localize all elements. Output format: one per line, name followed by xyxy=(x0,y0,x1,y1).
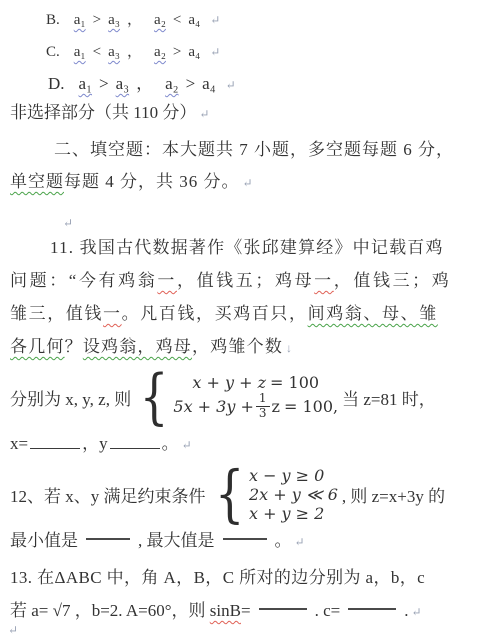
term-a1: a₁ xyxy=(74,12,86,28)
fill-section-title-line1: 二、填空题：本大题共 7 小题，多空题每题 6 分， xyxy=(10,138,490,162)
option-line-b: B.a₁>a₃，a₂<a₄↵ xyxy=(46,10,490,30)
q12-prefix: 12、若 x、y 满足约束条件 xyxy=(10,482,206,507)
question-11-line4: 各几何？设鸡翁，鸡母，鸡雏个数↓ xyxy=(10,335,490,360)
comma: ， xyxy=(127,44,142,60)
left-brace: { xyxy=(214,463,244,525)
question-13-line1: 13. 在ΔABC 中，角 A，B，C 所对的边分别为 a，b，c xyxy=(10,566,490,590)
operator: < xyxy=(173,12,181,28)
fraction-denominator: 3 xyxy=(256,407,270,421)
blank-bar xyxy=(348,608,396,610)
paragraph-mark: ↵ xyxy=(243,176,253,190)
term-a3: a₃ xyxy=(108,12,120,28)
paragraph-mark: ↵ xyxy=(210,45,220,59)
q13-text: 若 a= √7 ，b=2. A=60°，则 xyxy=(10,601,210,620)
q11-text: ？ xyxy=(65,337,83,356)
option-line-d: D.a₁>a₃，a₂>a₄↵ xyxy=(48,74,490,95)
q12-mid-label: , 最大值是 xyxy=(138,531,215,550)
comma: ， xyxy=(136,74,153,93)
q12-constraint-1: x − y ≥ 0 xyxy=(249,466,324,485)
q11-misspelled: 一 xyxy=(103,304,122,323)
paragraph-mark: ↵ xyxy=(210,13,220,27)
q11-eq2-lhs: 5x + 3y + xyxy=(173,397,254,416)
nonchoice-section-title: 非选择部分（共 110 分）↵ xyxy=(10,101,490,126)
q11-grammar-flag: 设鸡翁，鸡母 xyxy=(83,337,192,356)
blank-bar xyxy=(223,538,267,540)
operator: > xyxy=(93,12,101,28)
q12-constraint-2: 2x + y ≪ 6 xyxy=(249,485,338,504)
fraction-numerator: 1 xyxy=(256,392,270,407)
nonchoice-title-text: 非选择部分（共 110 分） xyxy=(10,103,196,122)
q12-min-label: 最小值是 xyxy=(10,531,78,550)
paragraph-mark: ↵ xyxy=(63,216,73,230)
question-11-line1: 11. 我国古代数据著作《张邱建算经》中记载百鸡 xyxy=(10,236,490,260)
paragraph-mark: ↵ xyxy=(182,438,192,452)
line-break-mark: ↓ xyxy=(286,341,292,355)
comma: ， xyxy=(127,12,142,28)
q11-answer-y-label: y xyxy=(99,434,108,453)
term-a3: a₃ xyxy=(108,44,120,60)
q11-grammar-flag: 间鸡翁、母、雏 xyxy=(308,304,438,323)
question-11-answer-line: x=，y。↵ xyxy=(10,432,490,457)
paragraph-mark: ↵ xyxy=(199,107,209,121)
q11-text: ，值钱五；鸡母 xyxy=(177,271,314,290)
q11-answer-period: 。 xyxy=(162,434,179,453)
document-page: B.a₁>a₃，a₂<a₄↵ C.a₁<a₃，a₂>a₄↵ D.a₁>a₃，a₂… xyxy=(0,0,500,634)
q11-eq2-var: z xyxy=(272,397,280,416)
q12-constraint-system: x − y ≥ 0 2x + y ≪ 6 x + y ≥ 2 xyxy=(249,465,338,523)
q11-eq1-rhs: = 100 xyxy=(270,373,319,392)
q13-misspelled-sinb: sinB xyxy=(210,601,241,620)
q13-text: = xyxy=(241,601,251,620)
blank-bar xyxy=(259,608,307,610)
q11-eq-suffix: 当 z=81 时， xyxy=(342,385,436,410)
question-11-line2: 问题：“今有鸡翁一，值钱五；鸡母一，值钱三；鸡 xyxy=(10,269,490,293)
q11-answer-comma: ， xyxy=(82,434,99,453)
q13-text: 13. 在ΔABC 中，角 A，B，C 所对的边分别为 a，b，c xyxy=(10,568,425,587)
option-line-c: C.a₁<a₃，a₂>a₄↵ xyxy=(46,42,490,62)
term-a2: a₂ xyxy=(165,74,178,93)
q11-eq1-lhs: x + y + z xyxy=(192,373,266,392)
q11-eq2-rhs: = 100, xyxy=(284,397,338,416)
term-a3: a₃ xyxy=(116,74,129,93)
operator: > xyxy=(173,44,181,60)
q11-text: ，值钱三；鸡 xyxy=(334,271,452,290)
term-a2: a₂ xyxy=(154,44,166,60)
term-a4: a₄ xyxy=(188,44,200,60)
operator: > xyxy=(186,74,196,93)
term-a1: a₁ xyxy=(79,74,92,93)
empty-paragraph: ↵ xyxy=(60,213,490,232)
q12-period: 。 xyxy=(275,531,292,550)
blank-underline xyxy=(30,445,80,449)
question-11-line3: 雏三，值钱一。凡百钱，买鸡百只，间鸡翁、母、雏 xyxy=(10,302,490,326)
q11-grammar-flag: 各几何 xyxy=(10,337,65,356)
operator: < xyxy=(93,44,101,60)
q12-constraint-3: x + y ≥ 2 xyxy=(249,504,324,523)
q11-misspelled: 一 xyxy=(314,271,334,290)
paragraph-mark: ↵ xyxy=(226,78,236,92)
fill-section-title-line2: 单空题每题 4 分，共 36 分。↵ xyxy=(10,170,490,195)
blank-bar xyxy=(86,538,130,540)
q11-answer-x-label: x= xyxy=(10,434,28,453)
paragraph-mark: ↵ xyxy=(295,535,305,549)
term-a4: a₄ xyxy=(188,12,200,28)
q11-text: 。凡百钱，买鸡百只， xyxy=(122,304,308,323)
option-d-label: D. xyxy=(48,74,65,93)
q12-suffix: , 则 z=x+3y 的 xyxy=(342,482,445,507)
term-a4: a₄ xyxy=(202,74,215,93)
q13-text: . xyxy=(404,601,408,620)
q11-equation-system: x + y + z = 100 5x + 3y + 1 3 z = 100, xyxy=(173,366,338,428)
q11-text: 问题：“今有鸡翁 xyxy=(10,271,157,290)
fill-title-text: 二、填空题：本大题共 7 小题，多空题每题 6 分， xyxy=(54,140,454,159)
q11-eq-prefix: 分别为 x, y, z, 则 xyxy=(10,385,131,410)
q11-misspelled: 一 xyxy=(157,271,177,290)
question-12-answer-line: 最小值是, 最大值是。↵ xyxy=(10,529,490,554)
paragraph-mark: ↵ xyxy=(8,623,18,634)
q11-text: ，鸡雏个数 xyxy=(192,337,283,356)
left-brace: { xyxy=(140,367,169,427)
operator: > xyxy=(99,74,109,93)
question-13-line2: 若 a= √7 ，b=2. A=60°，则 sinB=. c=.↵ xyxy=(10,598,490,625)
question-12-line: 12、若 x、y 满足约束条件 { x − y ≥ 0 2x + y ≪ 6 x… xyxy=(10,463,490,525)
question-11-equation-line: 分别为 x, y, z, 则 { x + y + z = 100 5x + 3y… xyxy=(10,366,490,428)
term-a2: a₂ xyxy=(154,12,166,28)
fill-title-text: 每题 4 分，共 36 分。 xyxy=(64,172,240,191)
q11-text: 11. 我国古代数据著作《张邱建算经》中记载百鸡 xyxy=(50,238,444,257)
q11-text: 雏三，值钱 xyxy=(10,304,103,323)
option-b-label: B. xyxy=(46,12,60,28)
q13-text: . c= xyxy=(315,601,341,620)
term-a1: a₁ xyxy=(74,44,86,60)
paragraph-mark: ↵ xyxy=(411,605,421,619)
fill-title-wavy-text: 单空题 xyxy=(10,172,64,191)
option-c-label: C. xyxy=(46,44,60,60)
blank-underline xyxy=(110,445,160,449)
fraction-one-third: 1 3 xyxy=(256,392,270,421)
